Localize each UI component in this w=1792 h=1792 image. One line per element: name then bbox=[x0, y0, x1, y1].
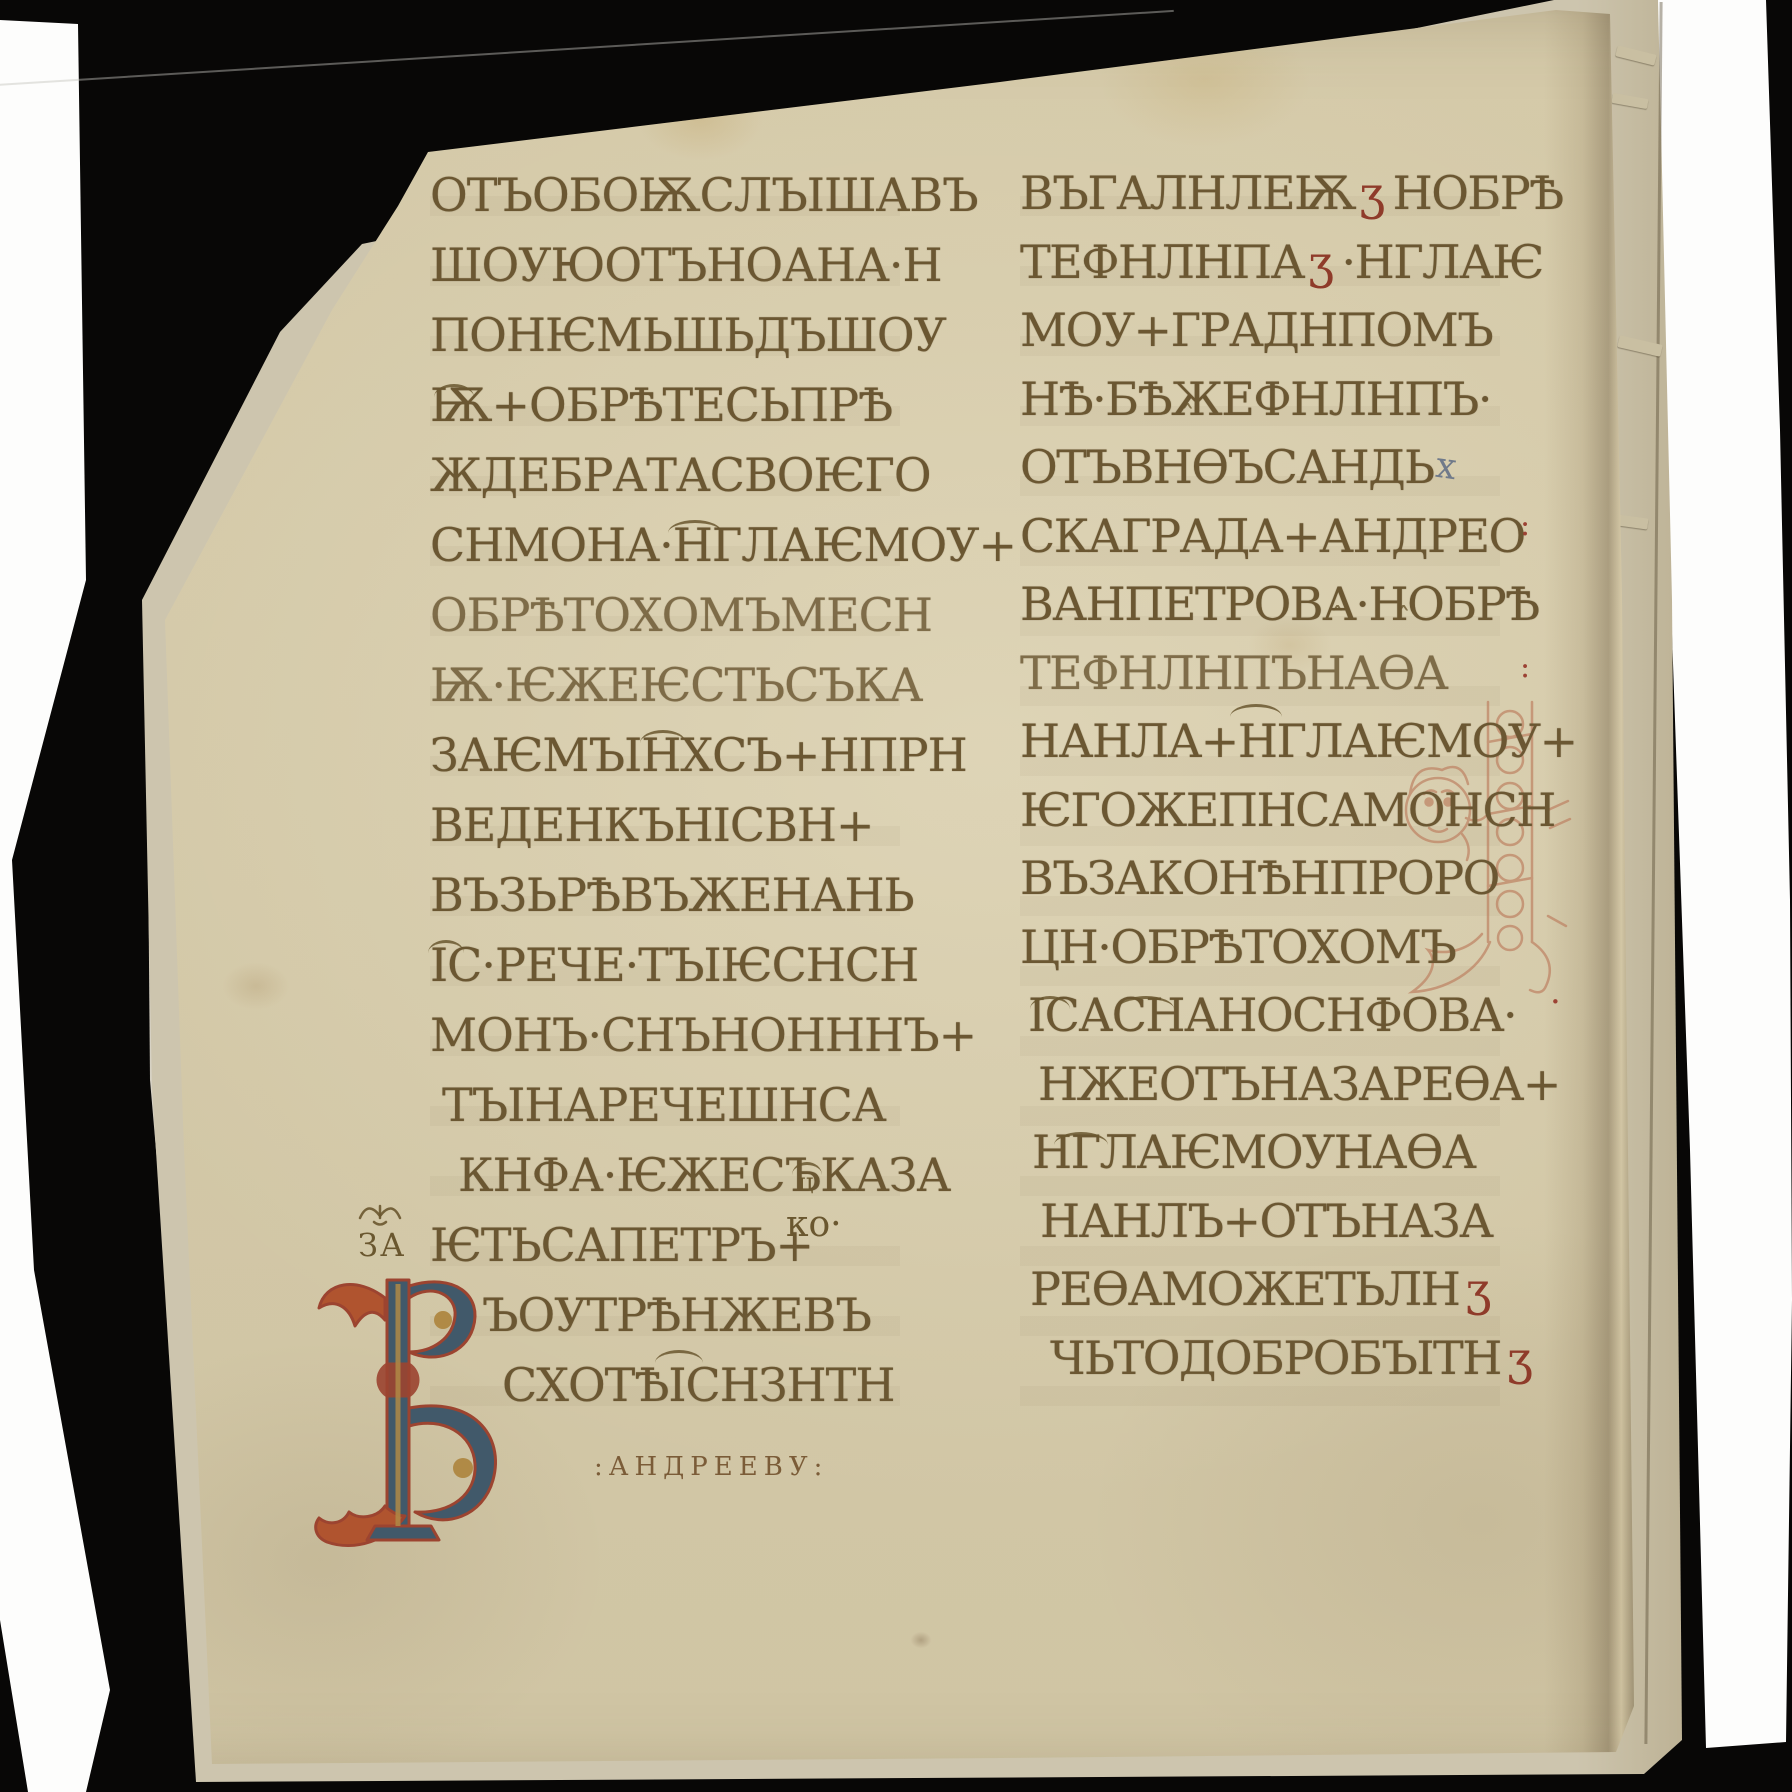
text-line: ОТЪВНѲЪСАНДЬ bbox=[1020, 440, 1434, 494]
text-line: Ѭ+ОБРѢТЕСЬПРѢ bbox=[430, 378, 892, 432]
illuminated-initial bbox=[305, 1268, 520, 1558]
margin-colon-mark: : bbox=[1520, 650, 1530, 685]
mat-edge-highlight bbox=[0, 10, 1174, 86]
text-line: ЧЬТОДОБРОБЪІТНӡ bbox=[1050, 1331, 1531, 1385]
red-ze-mark: ӡ bbox=[1465, 1262, 1489, 1316]
text-line: НАНЛЪ+ОТЪНАЗА bbox=[1040, 1194, 1492, 1248]
zachalo-mark: ЗА bbox=[358, 1226, 406, 1264]
text-line: ВЕДЕНКЪНІСВН+ bbox=[430, 798, 874, 852]
red-ze-mark: ӡ bbox=[1359, 166, 1383, 220]
text-line: СНМОНА·НГЛАѤМОУ+ bbox=[430, 518, 1016, 572]
text-line: ВЪЗАКОНѢНПРОРО bbox=[1020, 851, 1499, 905]
text-line: ТЕФНЛНПАӡ·НГЛАѤ bbox=[1020, 235, 1543, 289]
text-line: ВЪГАЛНЛЕѬӡНОБРѢ bbox=[1020, 166, 1563, 220]
zachalo-flourish-icon bbox=[356, 1196, 404, 1226]
red-ze-mark: ӡ bbox=[1308, 235, 1332, 289]
text-segment: ·НГЛАѤ bbox=[1341, 235, 1542, 289]
lection-end-mark: ко· bbox=[786, 1204, 842, 1245]
text-line: ЖДЕБРАТАСВОѤГО bbox=[430, 448, 931, 502]
text-segment: РЕѲАМОЖЕТЬЛН bbox=[1030, 1262, 1459, 1316]
text-segment: ВЪГАЛНЛЕѬ bbox=[1020, 166, 1355, 220]
text-line: МОУ+ГРАДНПОМЪ bbox=[1020, 303, 1492, 357]
text-line: НѢ·БѢЖЕФНЛНПЪ· bbox=[1020, 372, 1491, 426]
breathing-mark: ˆ bbox=[1330, 602, 1345, 637]
text-line: СКАГРАДА+АНДРЕО bbox=[1020, 509, 1525, 563]
text-line: ѤТЬСАПЕТРЪ+ bbox=[430, 1218, 813, 1272]
margin-colon-mark: : bbox=[1520, 508, 1530, 543]
text-line: ШОУЮОТЪНОАНА·Н bbox=[430, 238, 942, 292]
text-line: ІС·РЕЧЕ·ТЪІѤСНСН bbox=[430, 938, 918, 992]
text-line: ТЕФНЛНПЪНАѲА bbox=[1020, 646, 1447, 700]
text-line: ВАНПЕТРОВА·НОБРѢ bbox=[1020, 577, 1539, 631]
red-ze-mark: ӡ bbox=[1507, 1331, 1531, 1385]
text-line: ЗАѤМЪІНХСЪ+НПРН bbox=[430, 728, 967, 782]
text-line: ОТЪОБОѬСЛЪІШАВЪ bbox=[430, 168, 978, 222]
text-line: ІСАСНАНОСНФОВА· bbox=[1028, 988, 1516, 1042]
text-line: ТЪІНАРЕЧЕШНСА bbox=[442, 1078, 886, 1132]
manuscript-photo: ОТЪОБОѬСЛЪІШАВЪ ШОУЮОТЪНОАНА·Н ПОНѤМЬШЬД… bbox=[0, 0, 1792, 1792]
text-line: ЪОУТРѢНЖЕВЪ bbox=[482, 1288, 871, 1342]
text-segment: ТЕФНЛНПА bbox=[1020, 235, 1304, 289]
text-line: НГЛАѤМОУНАѲА bbox=[1032, 1125, 1475, 1179]
text-line: ЦН·ОБРѢТОХОМЪ bbox=[1020, 920, 1455, 974]
manuscript-page: ОТЪОБОѬСЛЪІШАВЪ ШОУЮОТЪНОАНА·Н ПОНѤМЬШЬД… bbox=[0, 0, 1792, 1792]
text-line: ѤГОЖЕПНСАМОНСН bbox=[1020, 783, 1555, 837]
text-line: ПОНѤМЬШЬДЪШОУ bbox=[430, 308, 946, 362]
breathing-mark: ˆ bbox=[1396, 602, 1411, 637]
text-line: РЕѲАМОЖЕТЬЛНӡ bbox=[1030, 1262, 1490, 1316]
text-line: ОБРѢТОХОМЪМЕСН bbox=[430, 588, 932, 642]
text-line: СХОТѢІСНЗНТН bbox=[502, 1358, 894, 1412]
text-line: Ѭ·ѤЖЕѤСТЬСЪКА bbox=[430, 658, 922, 712]
text-line: МОНЪ·СНЪНОНННЪ+ bbox=[430, 1008, 976, 1062]
text-line: КНФА·ѤЖЕСЪКАЗА bbox=[458, 1148, 950, 1202]
text-line: НЖЕОТЪНАЗАРЕѲА+ bbox=[1038, 1057, 1560, 1111]
text-segment: НОБРѢ bbox=[1393, 166, 1563, 220]
margin-dot-mark: · bbox=[1550, 982, 1561, 1022]
breathing-mark: ˆ bbox=[1180, 400, 1195, 435]
text-line: НАНЛА+НГЛАѤМОУ+ bbox=[1020, 714, 1577, 768]
text-line: ВЪЗЬРѢВЪЖЕНАНЬ bbox=[430, 868, 914, 922]
text-segment: ЧЬТОДОБРОБЪІТН bbox=[1050, 1331, 1501, 1385]
rubric-note: :АНДРЕЕВУ: bbox=[594, 1452, 828, 1482]
